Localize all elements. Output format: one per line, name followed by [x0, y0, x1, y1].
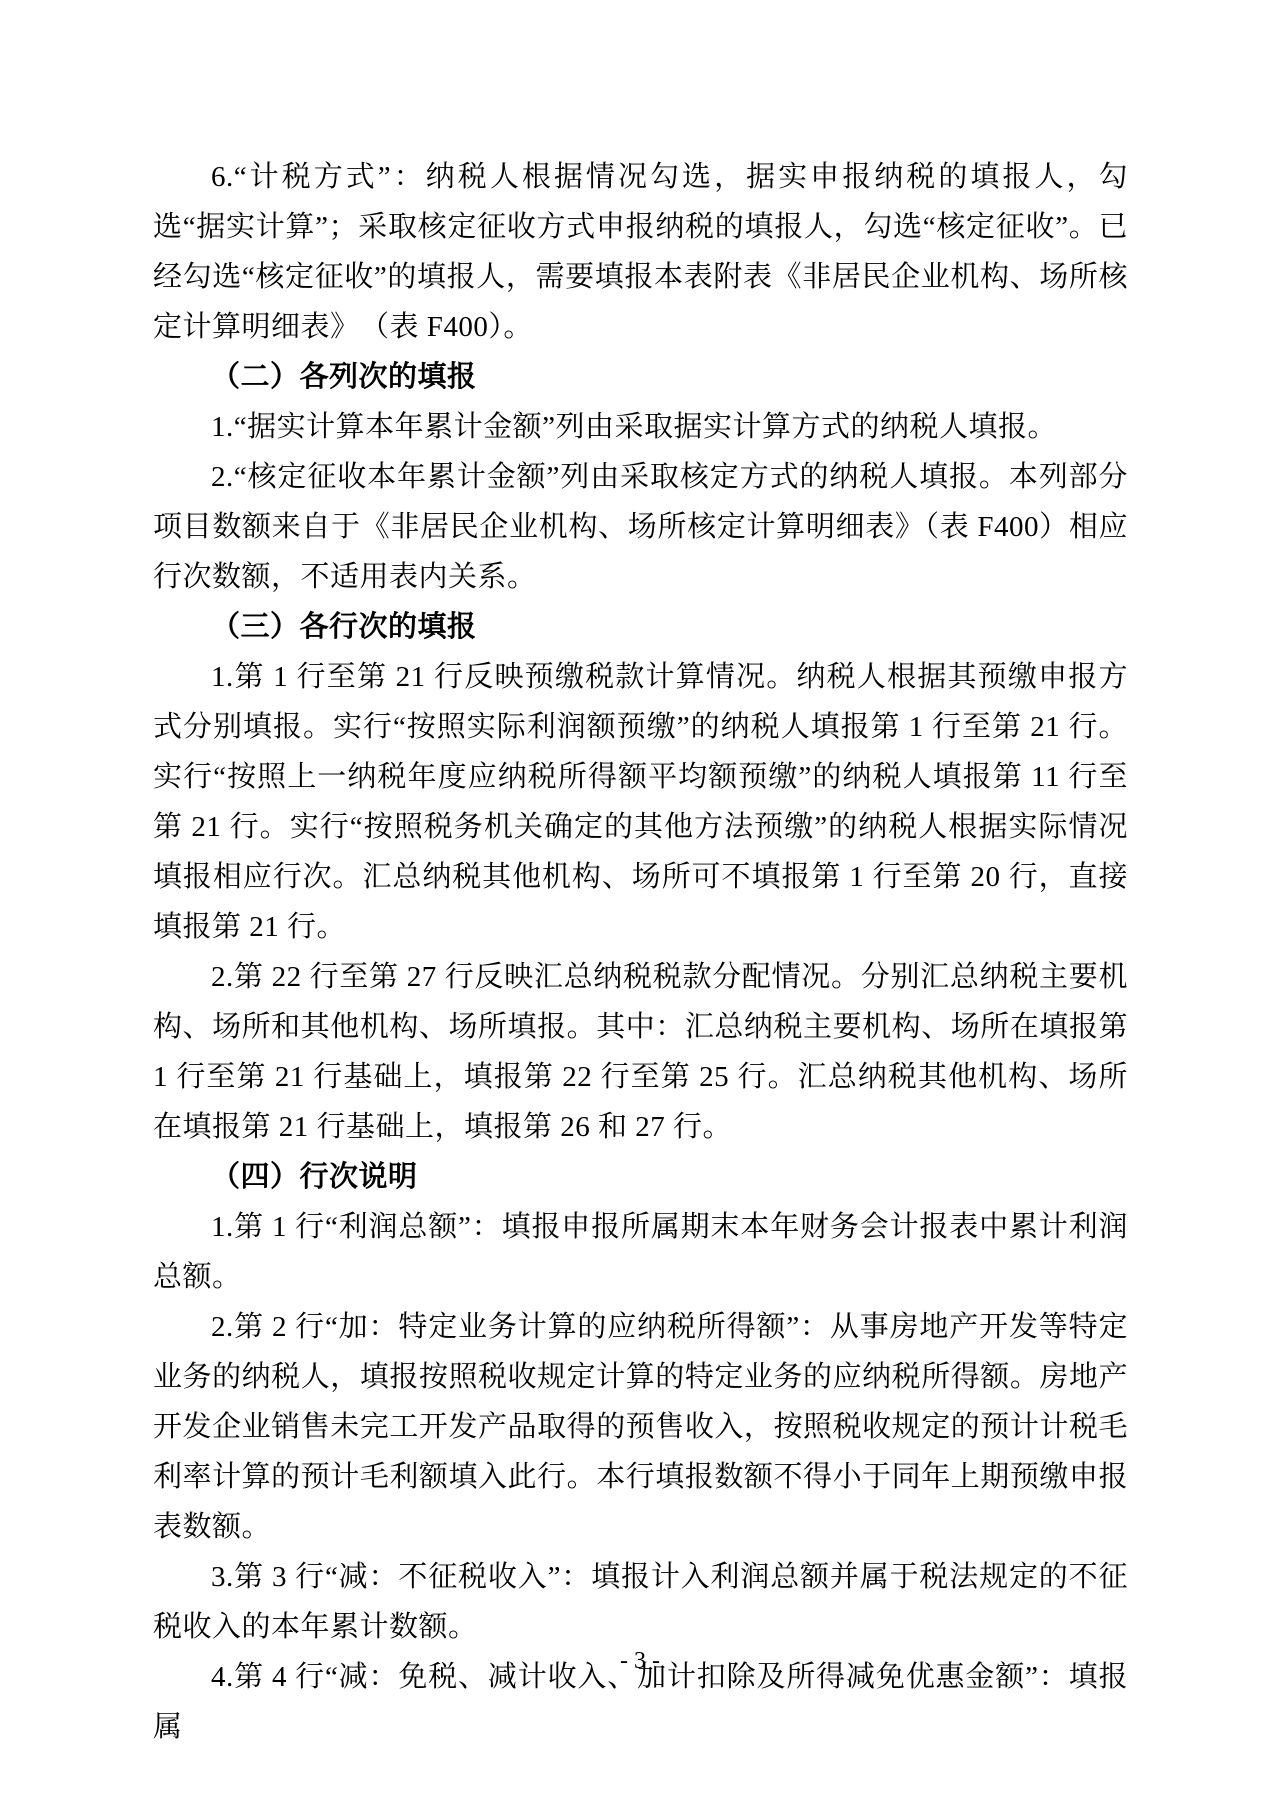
para-section2-item1: 1.“据实计算本年累计金额”列由采取据实计算方式的纳税人填报。	[153, 402, 1128, 452]
heading-section-2-columns: （二）各列次的填报	[153, 352, 1128, 402]
para-section4-item3-nontaxable-income: 3.第 3 行“减：不征税收入”：填报计入利润总额并属于税法规定的不征税收入的本…	[153, 1552, 1128, 1652]
para-section4-item2-specific-business: 2.第 2 行“加：特定业务计算的应纳税所得额”：从事房地产开发等特定业务的纳税…	[153, 1302, 1128, 1552]
para-section4-item1-total-profit: 1.第 1 行“利润总额”：填报申报所属期末本年财务会计报表中累计利润总额。	[153, 1202, 1128, 1302]
page-number: - 3 -	[0, 1644, 1280, 1678]
heading-section-4-row-notes: （四）行次说明	[153, 1152, 1128, 1202]
para-item6-tax-method: 6.“计税方式”：纳税人根据情况勾选，据实申报纳税的填报人，勾选“据实计算”；采…	[153, 152, 1128, 352]
para-section3-item2: 2.第 22 行至第 27 行反映汇总纳税税款分配情况。分别汇总纳税主要机构、场…	[153, 952, 1128, 1152]
para-section2-item2: 2.“核定征收本年累计金额”列由采取核定方式的纳税人填报。本列部分项目数额来自于…	[153, 452, 1128, 602]
document-page: 6.“计税方式”：纳税人根据情况勾选，据实申报纳税的填报人，勾选“据实计算”；采…	[0, 0, 1280, 1810]
heading-section-3-rows: （三）各行次的填报	[153, 602, 1128, 652]
para-section3-item1: 1.第 1 行至第 21 行反映预缴税款计算情况。纳税人根据其预缴申报方式分别填…	[153, 652, 1128, 952]
document-body: 6.“计税方式”：纳税人根据情况勾选，据实申报纳税的填报人，勾选“据实计算”；采…	[153, 152, 1128, 1752]
